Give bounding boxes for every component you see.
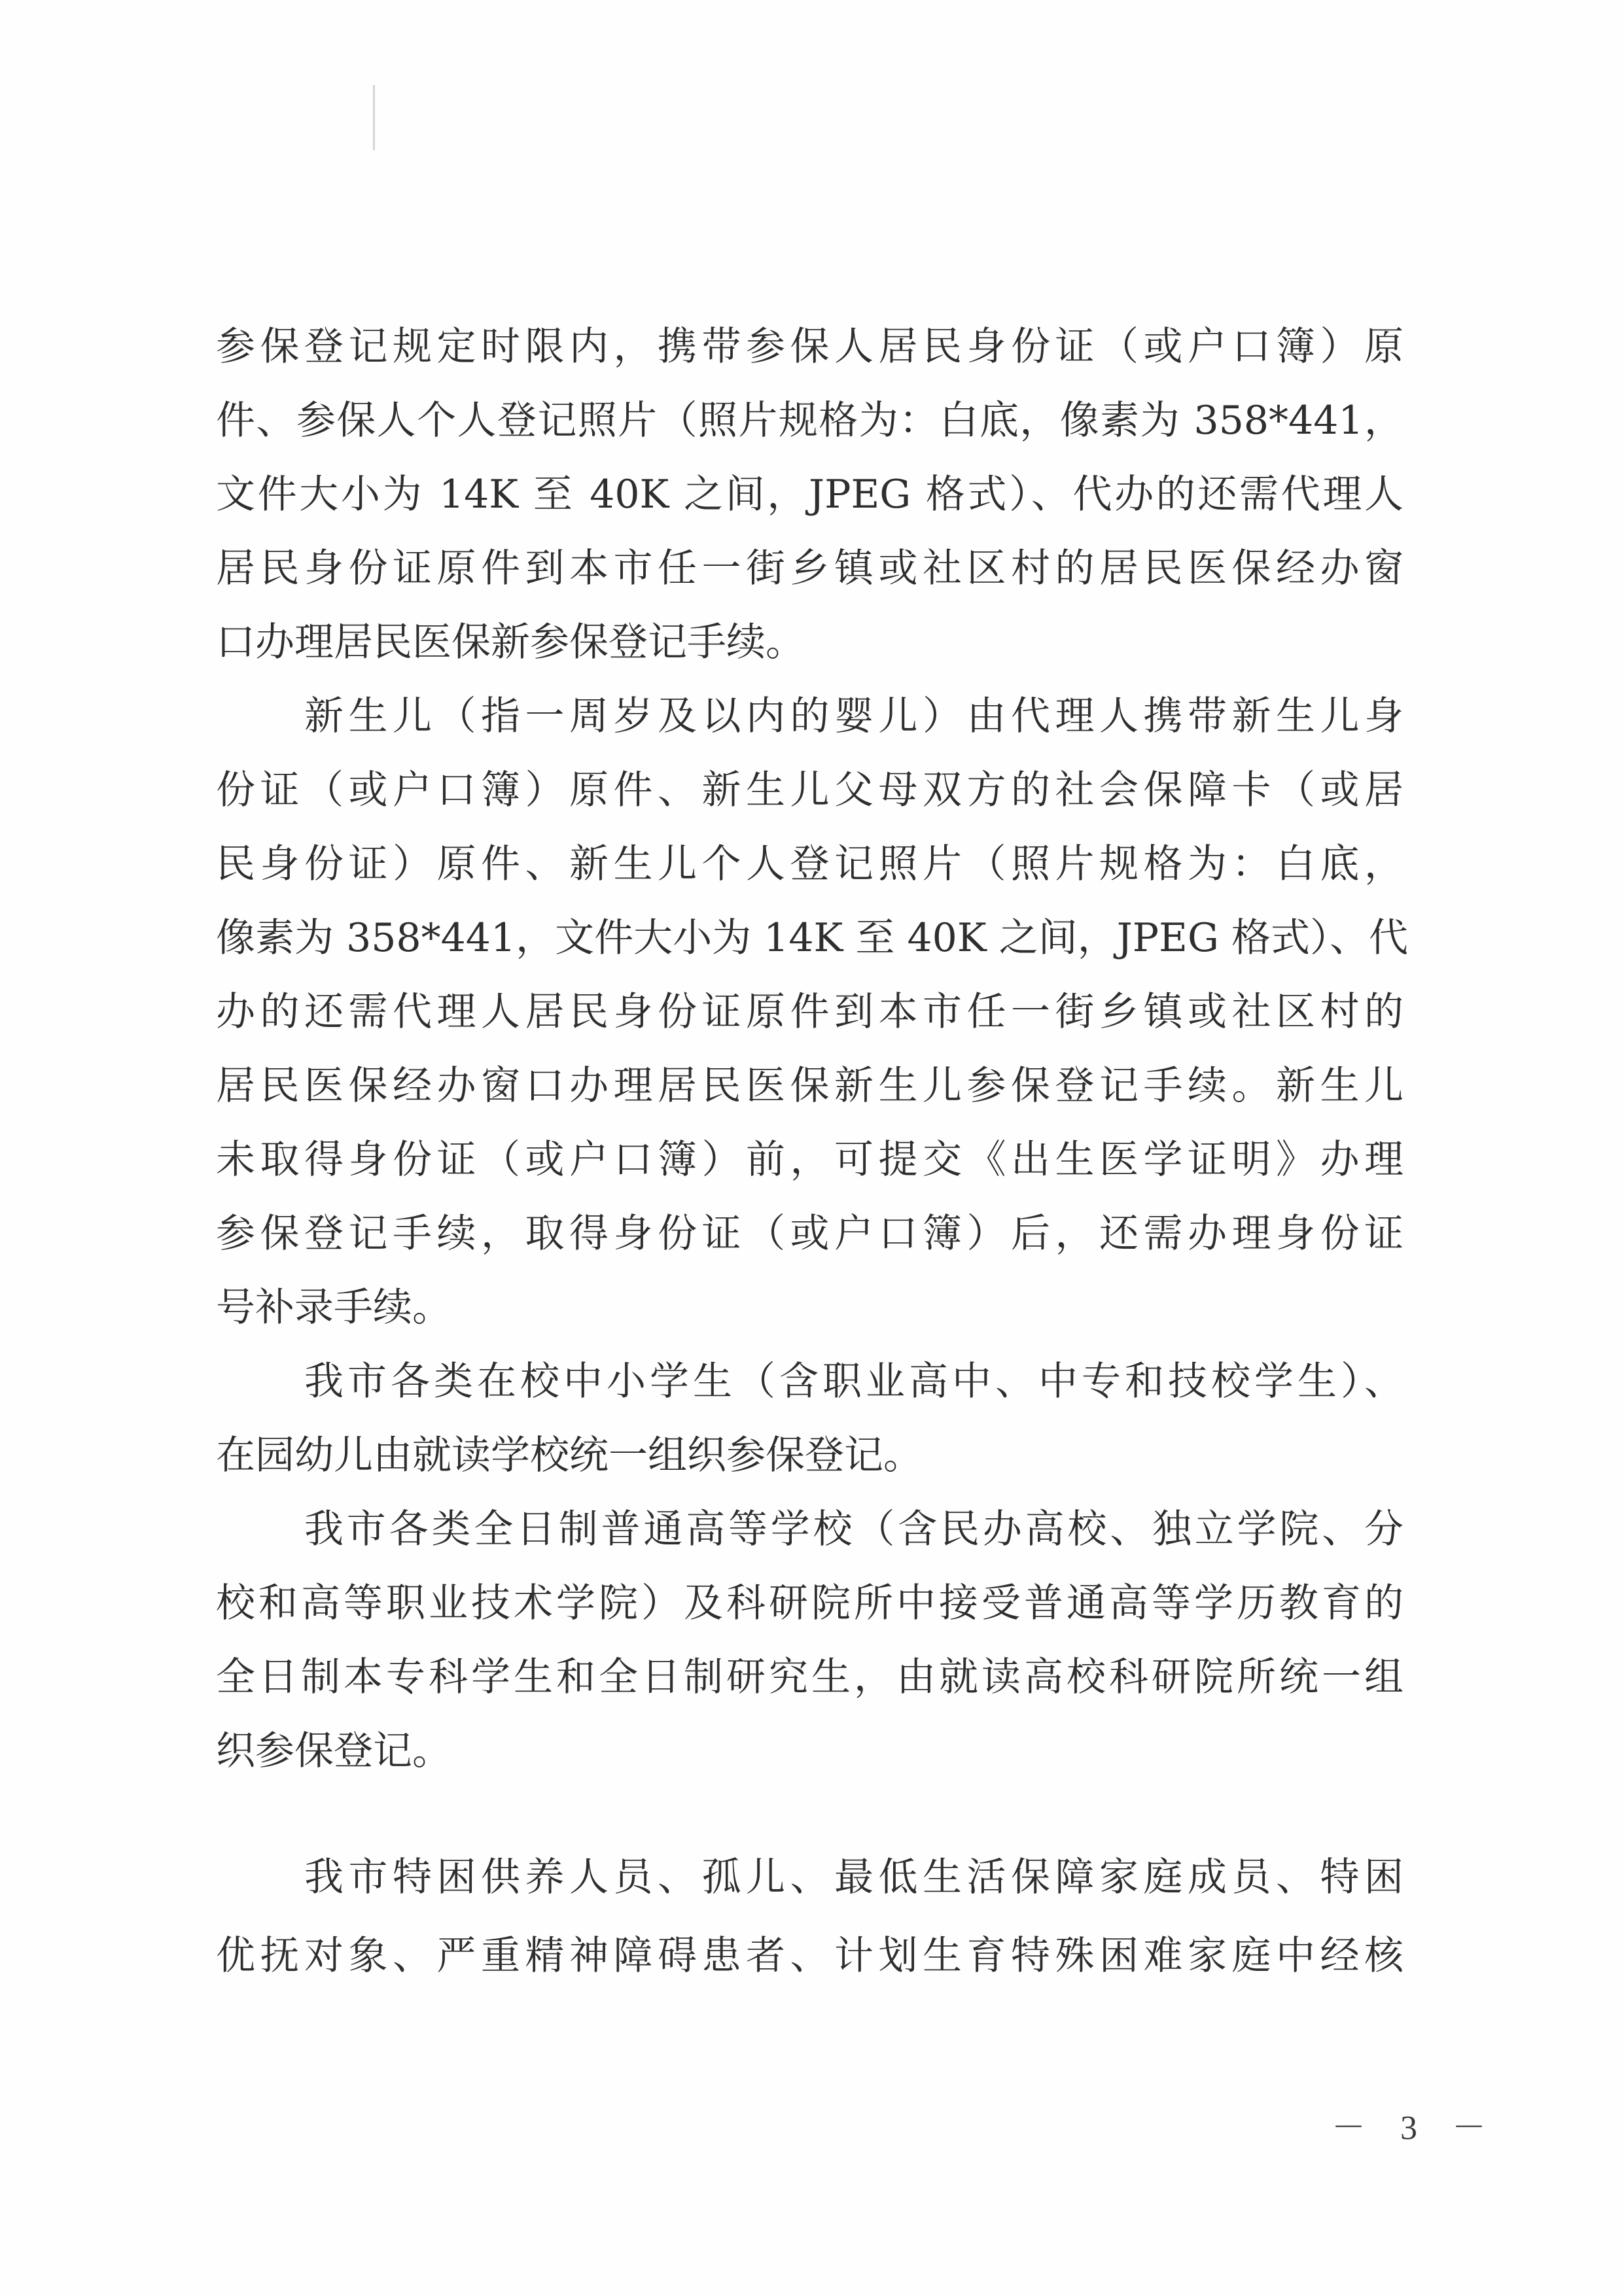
text-line: 织参保登记。 (216, 1725, 1403, 1777)
text-line: 未取得身份证（或户口簿）前，可提交《出生医学证明》办理 (216, 1134, 1403, 1186)
text-line: 校和高等职业技术学院）及科研院所中接受普通高等学历教育的 (216, 1577, 1403, 1629)
text-line: 号补录手续。 (216, 1281, 1403, 1334)
text-line: 办的还需代理人居民身份证原件到本市任一街乡镇或社区村的 (216, 986, 1403, 1038)
text-line: 文件大小为 14K 至 40K 之间，JPEG 格式）、代办的还需代理人 (216, 468, 1403, 521)
text-line: 我市各类在校中小学生（含职业高中、中专和技校学生）、 (216, 1355, 1403, 1408)
text-line: 居民医保经办窗口办理居民医保新生儿参保登记手续。新生儿 (216, 1060, 1403, 1112)
text-line: 参保登记手续，取得身份证（或户口簿）后，还需办理身份证 (216, 1208, 1403, 1260)
page-number: － 3 － (1332, 2100, 1499, 2149)
text-line: 份证（或户口簿）原件、新生儿父母双方的社会保障卡（或居 (216, 764, 1403, 816)
text-line: 件、参保人个人登记照片（照片规格为：白底，像素为 358*441， (216, 394, 1403, 447)
text-line: 参保登记规定时限内，携带参保人居民身份证（或户口簿）原 (216, 321, 1403, 373)
text-line: 居民身份证原件到本市任一街乡镇或社区村的居民医保经办窗 (216, 542, 1403, 595)
text-line: 我市特困供养人员、孤儿、最低生活保障家庭成员、特困 (216, 1851, 1403, 1904)
text-line: 像素为 358*441，文件大小为 14K 至 40K 之间，JPEG 格式）、… (216, 912, 1403, 964)
text-line: 全日制本专科学生和全日制研究生，由就读高校科研院所统一组 (216, 1651, 1403, 1703)
text-line: 我市各类全日制普通高等学校（含民办高校、独立学院、分 (216, 1503, 1403, 1556)
text-line: 优抚对象、严重精神障碍患者、计划生育特殊困难家庭中经核 (216, 1930, 1403, 1982)
text-line: 在园幼儿由就读学校统一组织参保登记。 (216, 1429, 1403, 1482)
text-line: 新生儿（指一周岁及以内的婴儿）由代理人携带新生儿身 (216, 690, 1403, 742)
document-page: 参保登记规定时限内，携带参保人居民身份证（或户口簿）原 件、参保人个人登记照片（… (0, 0, 1624, 2296)
text-line: 民身份证）原件、新生儿个人登记照片（照片规格为：白底， (216, 838, 1403, 890)
text-line: 口办理居民医保新参保登记手续。 (216, 616, 1403, 669)
scan-artifact-line (373, 85, 375, 150)
